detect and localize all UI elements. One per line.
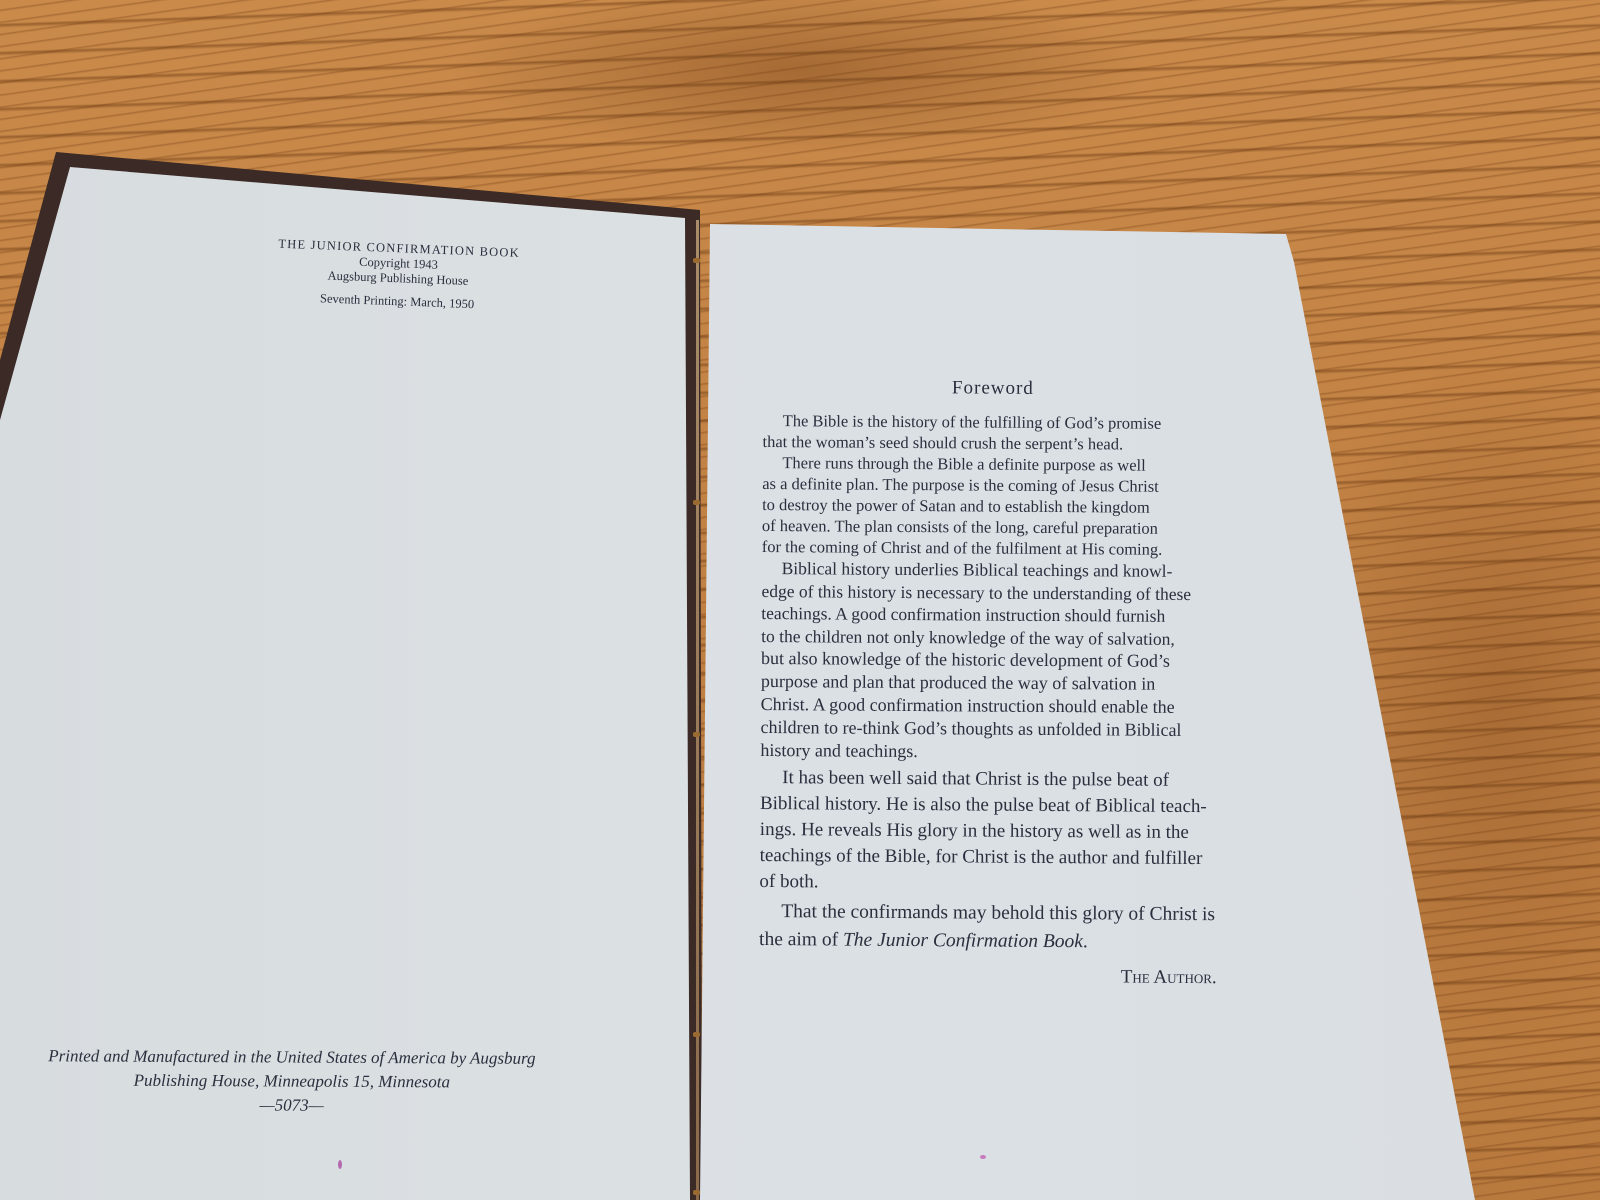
paragraph-1: The Bible is the history of the fulfilli… bbox=[762, 410, 1222, 455]
text-line: ings. He reveals His glory in the histor… bbox=[760, 817, 1220, 846]
text-line: to the children not only knowledge of th… bbox=[761, 624, 1221, 650]
text-line: children to re-think God’s thoughts as u… bbox=[760, 716, 1220, 742]
ink-speck bbox=[980, 1155, 986, 1159]
binding-stitch bbox=[693, 732, 700, 737]
foreword: Foreword The Bible is the history of the… bbox=[759, 376, 1223, 989]
text-line: teachings of the Bible, for Christ is th… bbox=[760, 843, 1220, 872]
text-line: edge of this history is necessary to the… bbox=[761, 579, 1221, 605]
imprint-line-1: Printed and Manufactured in the United S… bbox=[0, 1044, 592, 1071]
binding-stitch bbox=[693, 500, 700, 505]
imprint-line-2: Publishing House, Minneapolis 15, Minnes… bbox=[0, 1068, 592, 1095]
paragraph-4: It has been well said that Christ is the… bbox=[759, 765, 1220, 898]
text-line: It has been well said that Christ is the… bbox=[760, 765, 1220, 794]
printer-code: —5073— bbox=[0, 1092, 592, 1119]
foreword-heading: Foreword bbox=[763, 376, 1223, 401]
paragraph-5: That the confirmands may behold this glo… bbox=[759, 898, 1219, 957]
binding-stitch bbox=[693, 1190, 700, 1195]
binding-stitch bbox=[693, 258, 700, 263]
text-line: but also knowledge of the historic devel… bbox=[761, 647, 1221, 673]
text-line: That the confirmands may behold this glo… bbox=[759, 898, 1219, 929]
binding-stitch bbox=[693, 1032, 700, 1037]
paragraph-2: There runs through the Bible a definite … bbox=[762, 452, 1223, 560]
paragraph-3: Biblical history underlies Biblical teac… bbox=[760, 557, 1221, 765]
text-line: the aim of The Junior Confirmation Book. bbox=[759, 926, 1219, 957]
author-signature: The Author. bbox=[759, 964, 1219, 989]
text-line: Christ. A good confirmation instruction … bbox=[761, 693, 1221, 719]
text-line: history and teachings. bbox=[760, 739, 1220, 765]
ink-speck bbox=[338, 1160, 342, 1169]
text-fragment: the aim of bbox=[759, 929, 843, 951]
text-line: Biblical history. He is also the pulse b… bbox=[760, 791, 1220, 820]
text-line: purpose and plan that produced the way o… bbox=[761, 670, 1221, 696]
text-line: Biblical history underlies Biblical teac… bbox=[762, 557, 1222, 583]
text-line: teachings. A good confirmation instructi… bbox=[761, 602, 1221, 628]
imprint-block: Printed and Manufactured in the United S… bbox=[0, 1044, 592, 1119]
copyright-block: THE JUNIOR CONFIRMATION BOOK Copyright 1… bbox=[259, 236, 536, 315]
text-fragment: . bbox=[1083, 931, 1088, 952]
book-gutter bbox=[696, 220, 699, 1200]
text-line: of both. bbox=[759, 869, 1219, 898]
book-title-italic: The Junior Confirmation Book bbox=[843, 930, 1083, 953]
